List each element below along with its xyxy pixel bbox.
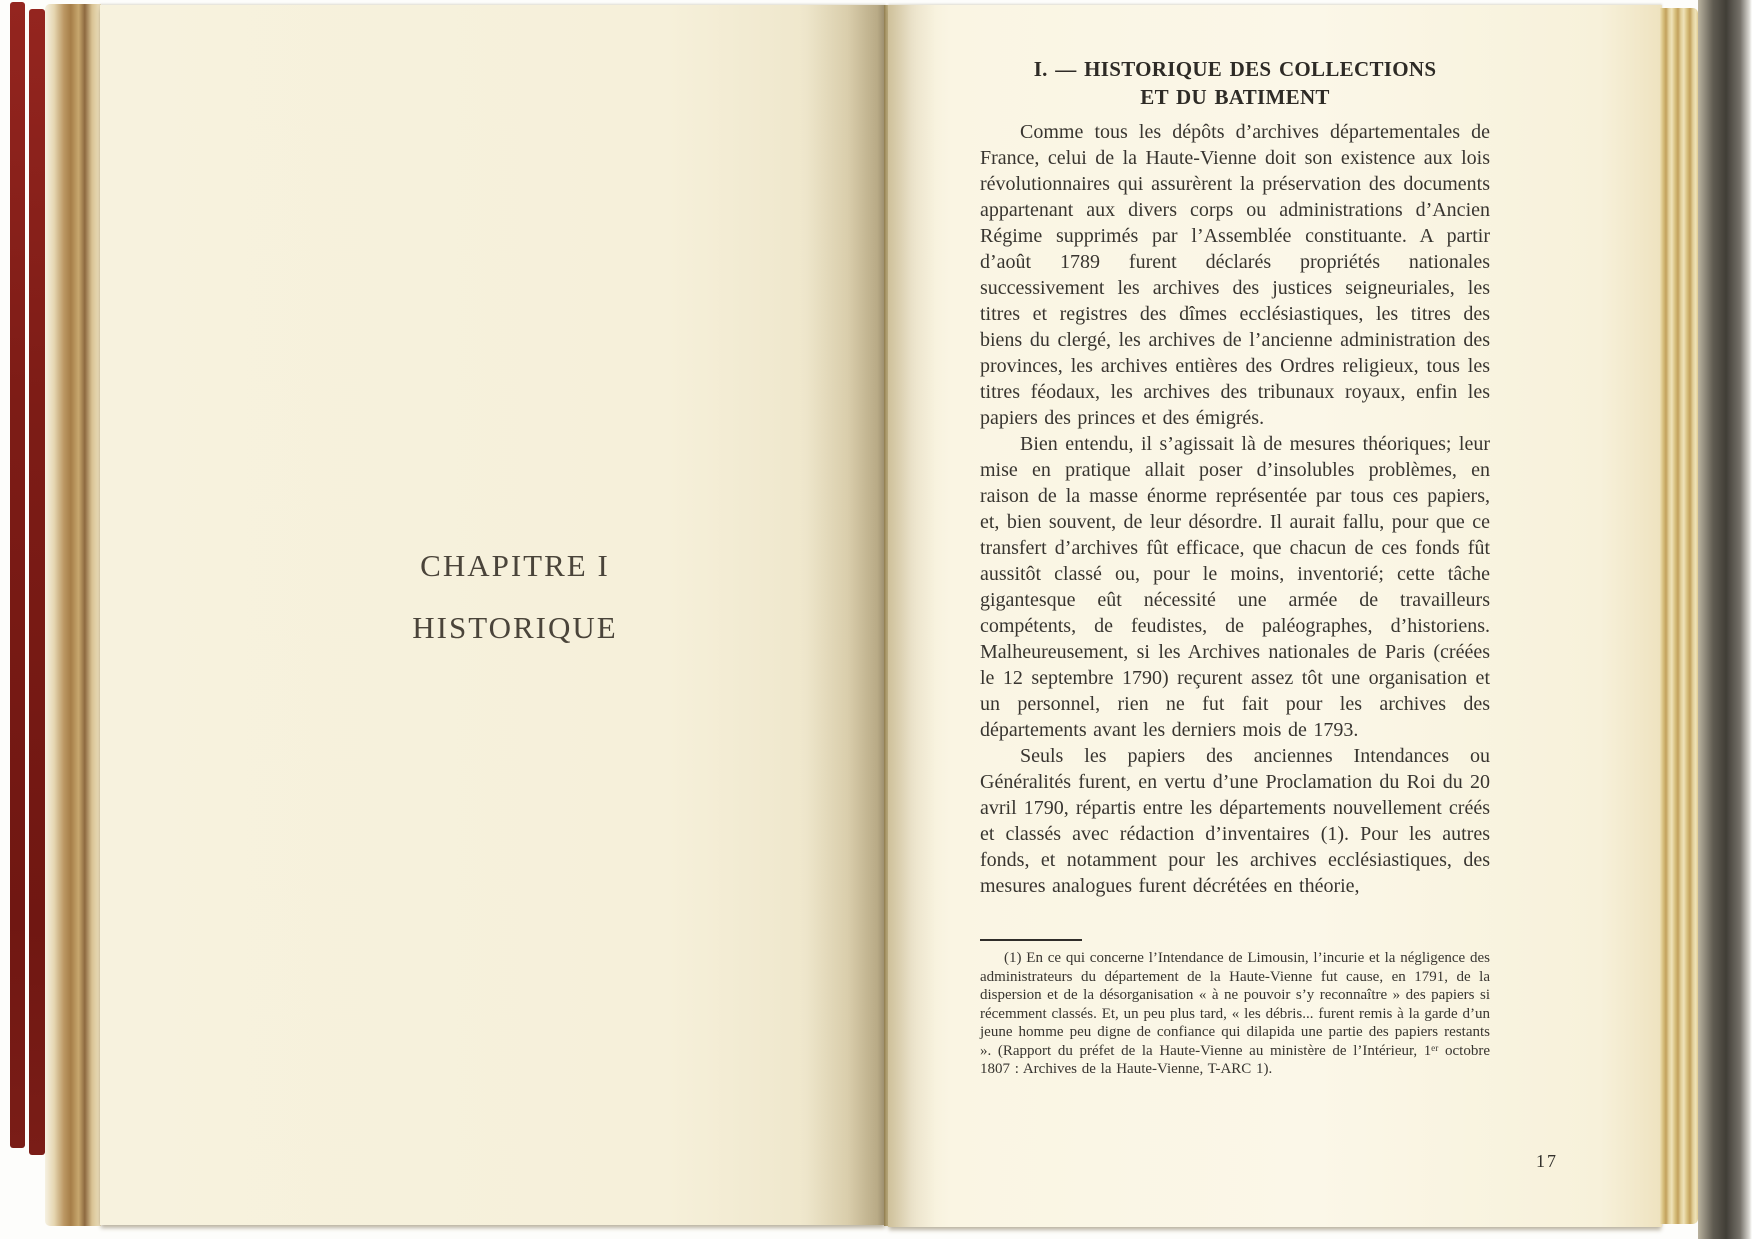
section-heading-line1: I. — HISTORIQUE DES COLLECTIONS — [980, 55, 1490, 83]
paragraph: Bien entendu, il s’agissait là de mesure… — [980, 431, 1490, 743]
paragraph: Seuls les papiers des anciennes Intendan… — [980, 743, 1490, 899]
left-page-edge-leaves — [45, 4, 101, 1226]
right-page: I. — HISTORIQUE DES COLLECTIONS ET DU BA… — [888, 5, 1662, 1227]
footnote-rule — [980, 939, 1082, 941]
right-page-fore-edge-leaves — [1660, 8, 1698, 1224]
footnote: (1) En ce qui concerne l’Intendance de L… — [980, 949, 1490, 1079]
book-scan: CHAPITRE I HISTORIQUE I. — HISTORIQUE DE… — [0, 0, 1752, 1239]
gutter-shadow-left — [800, 5, 886, 1225]
chapter-title-block: CHAPITRE I HISTORIQUE — [355, 549, 675, 645]
gutter-shadow-right — [888, 5, 936, 1227]
book-cover-spine-strip-inner — [29, 9, 45, 1155]
page-number: 17 — [1536, 1151, 1558, 1172]
book-cover-spine-strip-outer — [10, 2, 25, 1148]
page-body: Comme tous les dépôts d’archives départe… — [980, 119, 1490, 934]
section-heading: I. — HISTORIQUE DES COLLECTIONS ET DU BA… — [980, 55, 1490, 111]
section-heading-line2: ET DU BATIMENT — [980, 83, 1490, 111]
chapter-number: CHAPITRE I — [355, 549, 675, 583]
left-page: CHAPITRE I HISTORIQUE — [100, 5, 886, 1225]
scanner-shadow-right — [1698, 0, 1752, 1239]
chapter-title: HISTORIQUE — [355, 611, 675, 645]
paragraph: Comme tous les dépôts d’archives départe… — [980, 119, 1490, 431]
